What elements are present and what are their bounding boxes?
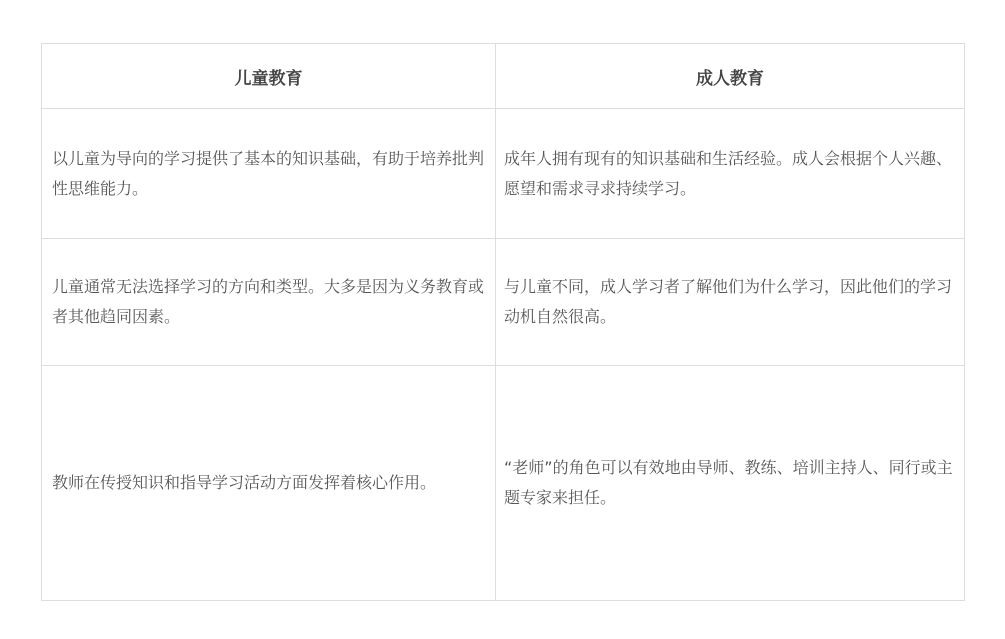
table-cell: 以儿童为导向的学习提供了基本的知识基础，有助于培养批判性思维能力。 [42, 109, 496, 239]
table-cell: 与儿童不同，成人学习者了解他们为什么学习，因此他们的学习动机自然很高。 [496, 239, 965, 366]
table-cell: 成年人拥有现有的知识基础和生活经验。成人会根据个人兴趣、愿望和需求寻求持续学习。 [496, 109, 965, 239]
table-row: 以儿童为导向的学习提供了基本的知识基础，有助于培养批判性思维能力。 成年人拥有现… [42, 109, 965, 239]
table-header-row: 儿童教育 成人教育 [42, 44, 965, 109]
table-row: 教师在传授知识和指导学习活动方面发挥着核心作用。 “老师”的角色可以有效地由导师… [42, 366, 965, 601]
header-children-education: 儿童教育 [42, 44, 496, 109]
table-cell: 儿童通常无法选择学习的方向和类型。大多是因为义务教育或者其他趋同因素。 [42, 239, 496, 366]
table-row: 儿童通常无法选择学习的方向和类型。大多是因为义务教育或者其他趋同因素。 与儿童不… [42, 239, 965, 366]
table-cell: 教师在传授知识和指导学习活动方面发挥着核心作用。 [42, 366, 496, 601]
comparison-table: 儿童教育 成人教育 以儿童为导向的学习提供了基本的知识基础，有助于培养批判性思维… [41, 43, 965, 601]
comparison-table-container: 儿童教育 成人教育 以儿童为导向的学习提供了基本的知识基础，有助于培养批判性思维… [41, 43, 964, 601]
header-adult-education: 成人教育 [496, 44, 965, 109]
table-cell: “老师”的角色可以有效地由导师、教练、培训主持人、同行或主题专家来担任。 [496, 366, 965, 601]
